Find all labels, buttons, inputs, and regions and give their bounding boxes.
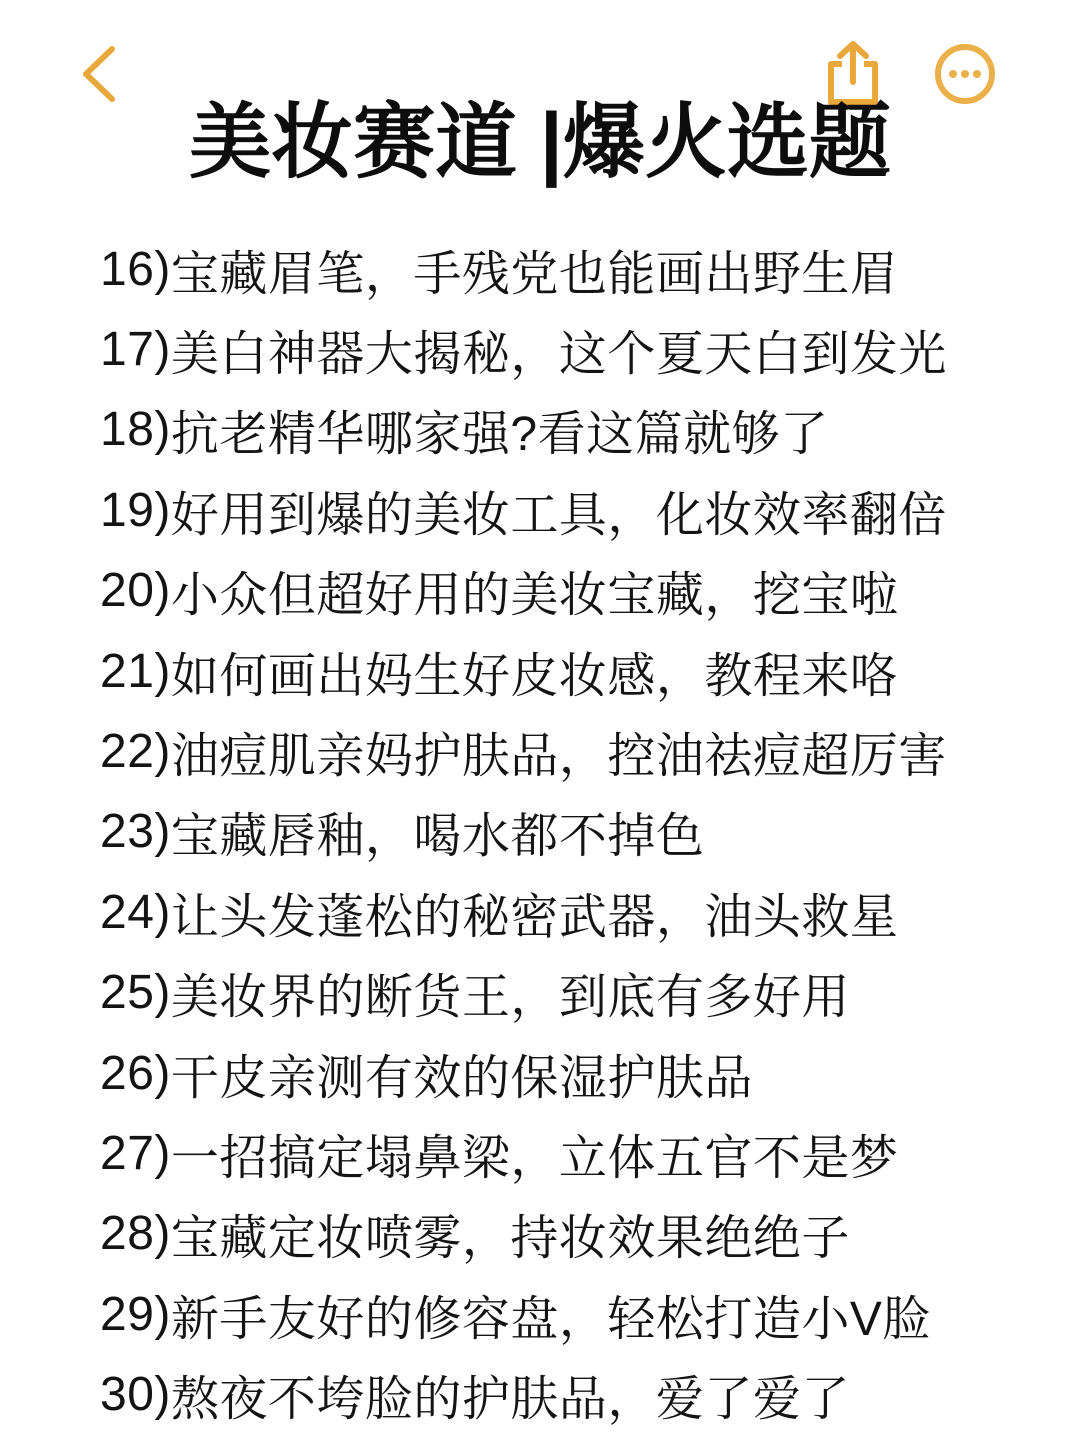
list-item: 16)宝藏眉笔，手残党也能画出野生眉 [100, 229, 1050, 309]
item-number: 26) [100, 1046, 171, 1101]
item-text: 新手友好的修容盘，轻松打造小V脸 [171, 1280, 931, 1349]
item-text: 好用到爆的美妆工具，化妆效率翻倍 [171, 476, 947, 545]
item-number: 30) [100, 1367, 171, 1422]
item-number: 27) [100, 1126, 171, 1181]
item-number: 21) [100, 644, 171, 699]
item-text: 一招搞定塌鼻梁，立体五官不是梦 [171, 1119, 899, 1188]
item-number: 20) [100, 563, 171, 618]
item-text: 让头发蓬松的秘密武器，油头救星 [171, 878, 899, 947]
item-text: 抗老精华哪家强?看这篇就够了 [171, 395, 829, 464]
list-item: 24)让头发蓬松的秘密武器，油头救星 [100, 872, 1050, 952]
item-number: 24) [100, 885, 171, 940]
item-number: 29) [100, 1287, 171, 1342]
list-item: 18)抗老精华哪家强?看这篇就够了 [100, 390, 1050, 470]
list-item: 28)宝藏定妆喷雾，持妆效果绝绝子 [100, 1194, 1050, 1274]
topic-list: 16)宝藏眉笔，手残党也能画出野生眉 17)美白神器大揭秘，这个夏天白到发光 1… [100, 229, 1050, 1435]
item-text: 美白神器大揭秘，这个夏天白到发光 [171, 315, 947, 384]
item-number: 23) [100, 804, 171, 859]
page-title: 美妆赛道 |爆火选题 [0, 88, 1080, 198]
item-text: 油痘肌亲妈护肤品，控油祛痘超厉害 [171, 717, 947, 786]
list-item: 19)好用到爆的美妆工具，化妆效率翻倍 [100, 470, 1050, 550]
item-text: 宝藏定妆喷雾，持妆效果绝绝子 [171, 1199, 850, 1268]
list-item: 22)油痘肌亲妈护肤品，控油祛痘超厉害 [100, 711, 1050, 791]
item-number: 17) [100, 322, 171, 377]
list-item: 29)新手友好的修容盘，轻松打造小V脸 [100, 1274, 1050, 1354]
item-text: 熬夜不垮脸的护肤品，爱了爱了 [171, 1360, 850, 1429]
list-item: 25)美妆界的断货王，到底有多好用 [100, 953, 1050, 1033]
note-page: 美妆赛道 |爆火选题 16)宝藏眉笔，手残党也能画出野生眉 17)美白神器大揭秘… [0, 0, 1080, 1443]
item-number: 22) [100, 724, 171, 779]
list-item: 27)一招搞定塌鼻梁，立体五官不是梦 [100, 1113, 1050, 1193]
list-item: 20)小众但超好用的美妆宝藏，挖宝啦 [100, 551, 1050, 631]
item-text: 干皮亲测有效的保湿护肤品 [171, 1039, 753, 1108]
item-text: 如何画出妈生好皮妆感，教程来咯 [171, 637, 899, 706]
item-number: 16) [100, 242, 171, 297]
list-item: 23)宝藏唇釉，喝水都不掉色 [100, 792, 1050, 872]
list-item: 17)美白神器大揭秘，这个夏天白到发光 [100, 309, 1050, 389]
item-number: 28) [100, 1206, 171, 1261]
item-number: 19) [100, 483, 171, 538]
item-text: 小众但超好用的美妆宝藏，挖宝啦 [171, 556, 899, 625]
list-item: 30)熬夜不垮脸的护肤品，爱了爱了 [100, 1354, 1050, 1434]
item-text: 美妆界的断货王，到底有多好用 [171, 958, 850, 1027]
item-number: 18) [100, 402, 171, 457]
item-number: 25) [100, 965, 171, 1020]
list-item: 26)干皮亲测有效的保湿护肤品 [100, 1033, 1050, 1113]
item-text: 宝藏唇釉，喝水都不掉色 [171, 797, 705, 866]
list-item: 21)如何画出妈生好皮妆感，教程来咯 [100, 631, 1050, 711]
item-text: 宝藏眉笔，手残党也能画出野生眉 [171, 235, 899, 304]
